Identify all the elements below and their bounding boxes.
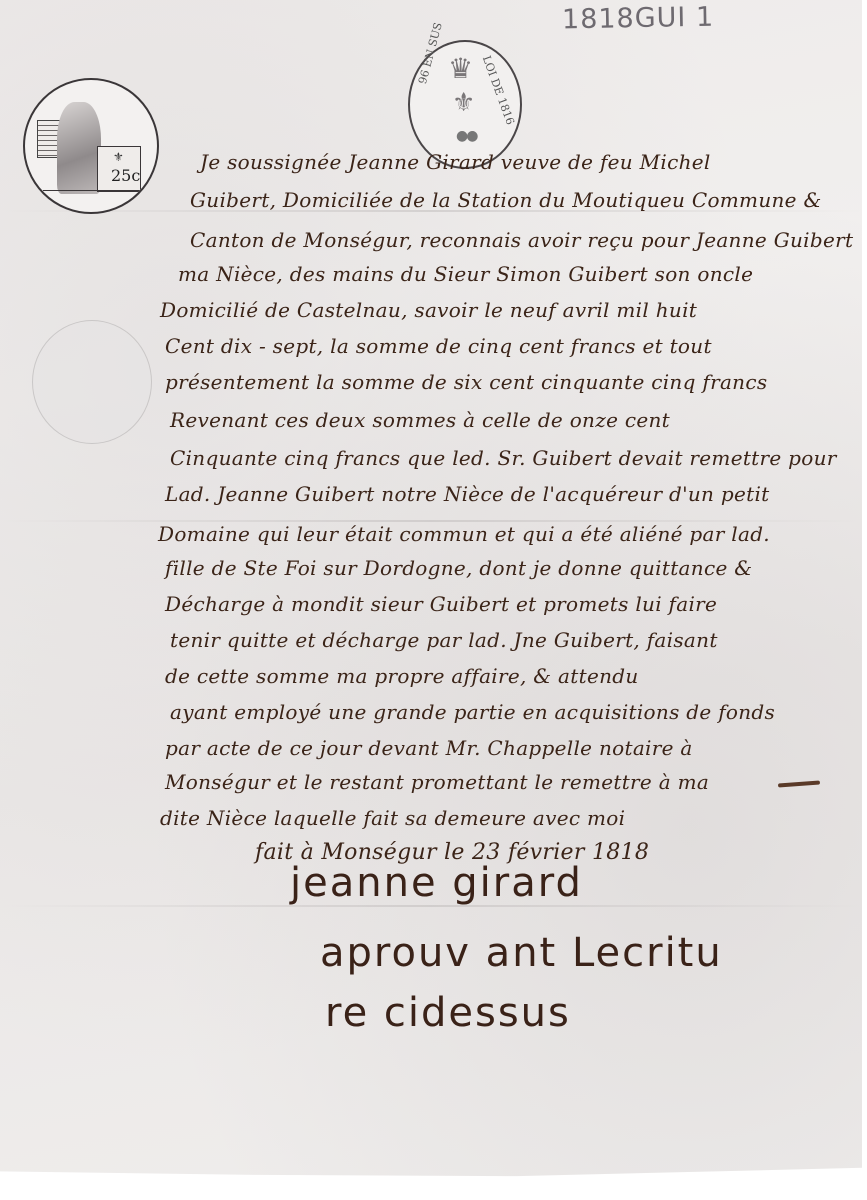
body-line: Domaine qui leur était commun et qui a é…	[158, 522, 770, 546]
body-line: de cette somme ma propre affaire, & atte…	[165, 664, 639, 688]
body-line: ma Nièce, des mains du Sieur Simon Guibe…	[178, 262, 753, 286]
body-line: Cinquante cinq francs que led. Sr. Guibe…	[170, 446, 837, 470]
fleur-de-lis-icon: ⚜	[452, 88, 475, 118]
body-line: par acte de ce jour devant Mr. Chappelle…	[165, 736, 693, 760]
signature-approval-line-1: aprouv ant Lecritu	[320, 930, 723, 976]
body-line: Canton de Monségur, reconnais avoir reçu…	[190, 228, 853, 252]
body-line: présentement la somme de six cent cinqua…	[165, 370, 767, 394]
body-line: Décharge à mondit sieur Guibert et prome…	[165, 592, 717, 616]
seal-text-right: LOI DE 1816	[480, 54, 517, 127]
embossed-seal	[32, 320, 152, 444]
ornament-icon: ●●	[456, 128, 476, 144]
body-line: Lad. Jeanne Guibert notre Nièce de l'acq…	[165, 482, 770, 506]
body-line: Cent dix - sept, la somme de cinq cent f…	[165, 334, 712, 358]
document-page: 1818GUI 1 ⚜ 25c ♛ ⚜ ●● 96 EN SUS LOI DE …	[0, 0, 862, 1188]
stamp-base-line	[43, 190, 143, 197]
body-line: tenir quitte et décharge par lad. Jne Gu…	[170, 628, 718, 652]
body-line: Revenant ces deux sommes à celle de onze…	[170, 408, 670, 432]
signature-name: jeanne girard	[290, 860, 583, 906]
body-line: Monségur et le restant promettant le rem…	[165, 770, 709, 794]
seal-text-left: 96 EN SUS	[416, 21, 445, 85]
archive-reference-number: 1818GUI 1	[562, 2, 715, 36]
body-line: ayant employé une grande partie en acqui…	[170, 700, 775, 724]
seated-figure-icon	[57, 102, 101, 194]
crown-icon: ♛	[448, 52, 473, 85]
body-line: dite Nièce laquelle fait sa demeure avec…	[160, 806, 625, 830]
stamp-value: 25c	[111, 166, 140, 185]
fleur-de-lis-icon: ⚜	[113, 150, 124, 164]
body-line: Je soussignée Jeanne Girard veuve de feu…	[200, 150, 711, 174]
body-line: Guibert, Domiciliée de la Station du Mou…	[190, 188, 822, 212]
body-line: Domicilié de Castelnau, savoir le neuf a…	[160, 298, 697, 322]
signature-approval-line-2: re cidessus	[325, 990, 571, 1036]
tax-stamp-25-centimes: ⚜ 25c	[23, 78, 159, 214]
line-end-flourish	[778, 781, 820, 788]
body-line: fille de Ste Foi sur Dordogne, dont je d…	[165, 556, 752, 580]
